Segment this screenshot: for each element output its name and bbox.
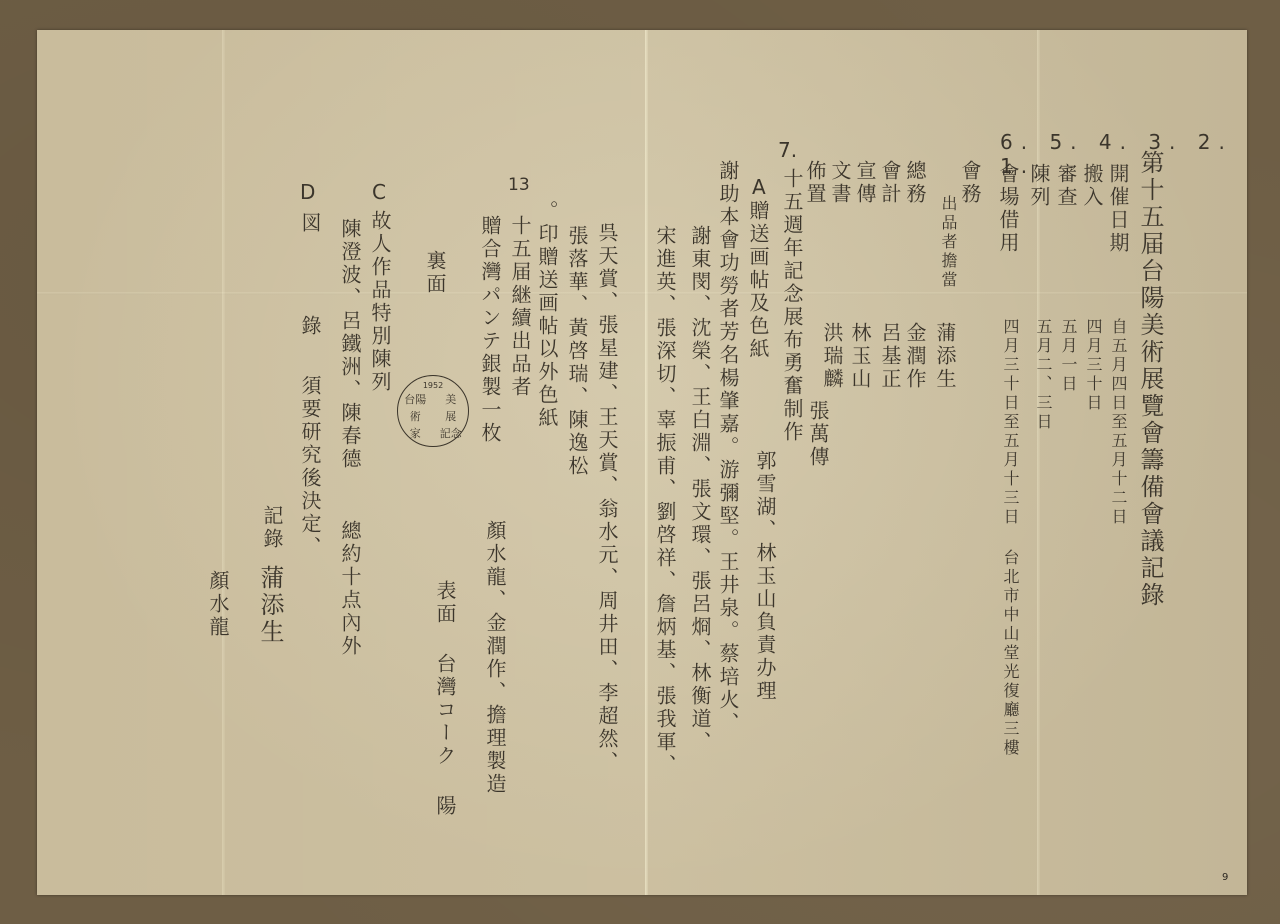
item-b-number: 13	[508, 175, 530, 195]
item-b-maker: 顏水龍、金潤作、擔理製造	[485, 520, 505, 796]
person-lu-jizheng: 呂基正	[880, 322, 900, 391]
item-1-value: 自五月四日至五月十二日	[1110, 318, 1126, 527]
document-title: 第十五届台陽美術展覽會籌備會議記錄	[1138, 150, 1162, 609]
fold-line-vertical	[222, 30, 225, 895]
item-7-a-text: 贈送画帖及色紙	[748, 200, 768, 361]
duty-buzhi: 佈置	[805, 160, 825, 206]
person-pu-tiansheng: 蒲添生	[935, 322, 955, 391]
seal-stamp: 1952 台陽 美 術 展 家 記念	[397, 375, 469, 447]
item-4-label: 陳列	[1029, 163, 1049, 209]
item-b-back-side: 裏面	[425, 250, 445, 296]
stamp-text: 台陽	[404, 391, 426, 407]
person-lin-yushan: 林玉山	[850, 322, 870, 391]
item-7-names-2: 宋進英、張深切、辜振甫、劉啓祥、詹炳基、張我軍、	[655, 225, 675, 777]
duty-kaiji: 會計	[880, 160, 900, 206]
item-1-label: 開催日期	[1108, 163, 1128, 255]
item-5-value: 四月三十日至五月十三日 台北市中山堂光復廳三樓	[1002, 318, 1018, 758]
item-7-title: 十五週年記念展布勇奮制作	[782, 168, 802, 444]
item-c-text: 故人作品特別陳列	[370, 210, 390, 394]
fold-line-horizontal	[37, 292, 1247, 295]
item-c-note: 總約十点內外	[340, 520, 360, 658]
recorder-label: 記錄	[262, 505, 282, 551]
person-hong-ruilin: 洪瑞麟	[822, 322, 842, 391]
item-b-text2: 贈合灣パンテ銀製一枚	[480, 215, 500, 445]
item-5-label: 會場借用	[998, 163, 1018, 255]
item-d-label: D	[300, 180, 315, 204]
recorder-name: 蒲添生	[258, 565, 282, 646]
item-2-value: 四月三十日	[1085, 318, 1101, 413]
page-number: 9	[1222, 872, 1228, 883]
stamp-text: 展	[445, 408, 456, 424]
stamp-text: 記念	[440, 425, 462, 441]
item-c-names: 陳澄波、呂鐵洲、陳春德	[340, 218, 360, 471]
item-d-text2: 錄	[300, 315, 320, 338]
item-3-value: 五月一日	[1060, 318, 1076, 394]
item-7-names-1: 謝東閔、沈榮、王白淵、張文環、張呂烱、林衡道、	[690, 225, 710, 754]
item-b-text3: 。印贈送画帖以外色紙	[537, 200, 557, 430]
item-d-text3: 須要研究後決定、	[300, 375, 320, 559]
stamp-text: 術	[410, 408, 421, 424]
item-7-a-label: A	[752, 175, 766, 199]
item-c-label: C	[372, 180, 386, 204]
item-2-label: 搬入	[1082, 163, 1102, 209]
duty-xuanchuan: 宣傳	[855, 160, 875, 206]
item-3-label: 審查	[1056, 163, 1076, 209]
item-7-number: 7.	[778, 138, 797, 162]
stamp-text: 美	[445, 391, 456, 407]
duty-wenshu: 文書	[830, 160, 850, 206]
item-7-responsible: 郭雪湖、林玉山負責办理	[755, 450, 775, 703]
item-4-value: 五月二、三日	[1035, 318, 1051, 432]
duty-row-1: 會務	[960, 160, 980, 206]
person-zhang-wanchuan: 張萬傳	[808, 400, 828, 469]
item-b-text1: 十五届継續出品者	[510, 215, 530, 399]
item-b-front-side: 表面 台灣コーク 陽	[435, 580, 455, 818]
fold-line-vertical	[645, 30, 648, 895]
item-b-names-2: 張落華、黃啓瑞、陳逸松	[567, 225, 587, 478]
recorder-name-2: 顏水龍	[208, 570, 228, 639]
stamp-text: 家	[410, 425, 421, 441]
item-7-thanks: 謝助本會功勞者芳名楊肇嘉。游彌堅。王井泉。蔡培火、	[718, 160, 738, 735]
duty-row-2: 出品者擔當	[940, 195, 956, 290]
stamp-year: 1952	[423, 381, 443, 390]
person-jin-runzuo: 金潤作	[905, 322, 925, 391]
item-d-text1: 図	[300, 212, 320, 235]
duty-zong: 總務	[905, 160, 925, 206]
item-b-names: 呉天賞、張星建、王天賞、翁水元、周井田、李超然、	[597, 222, 617, 774]
